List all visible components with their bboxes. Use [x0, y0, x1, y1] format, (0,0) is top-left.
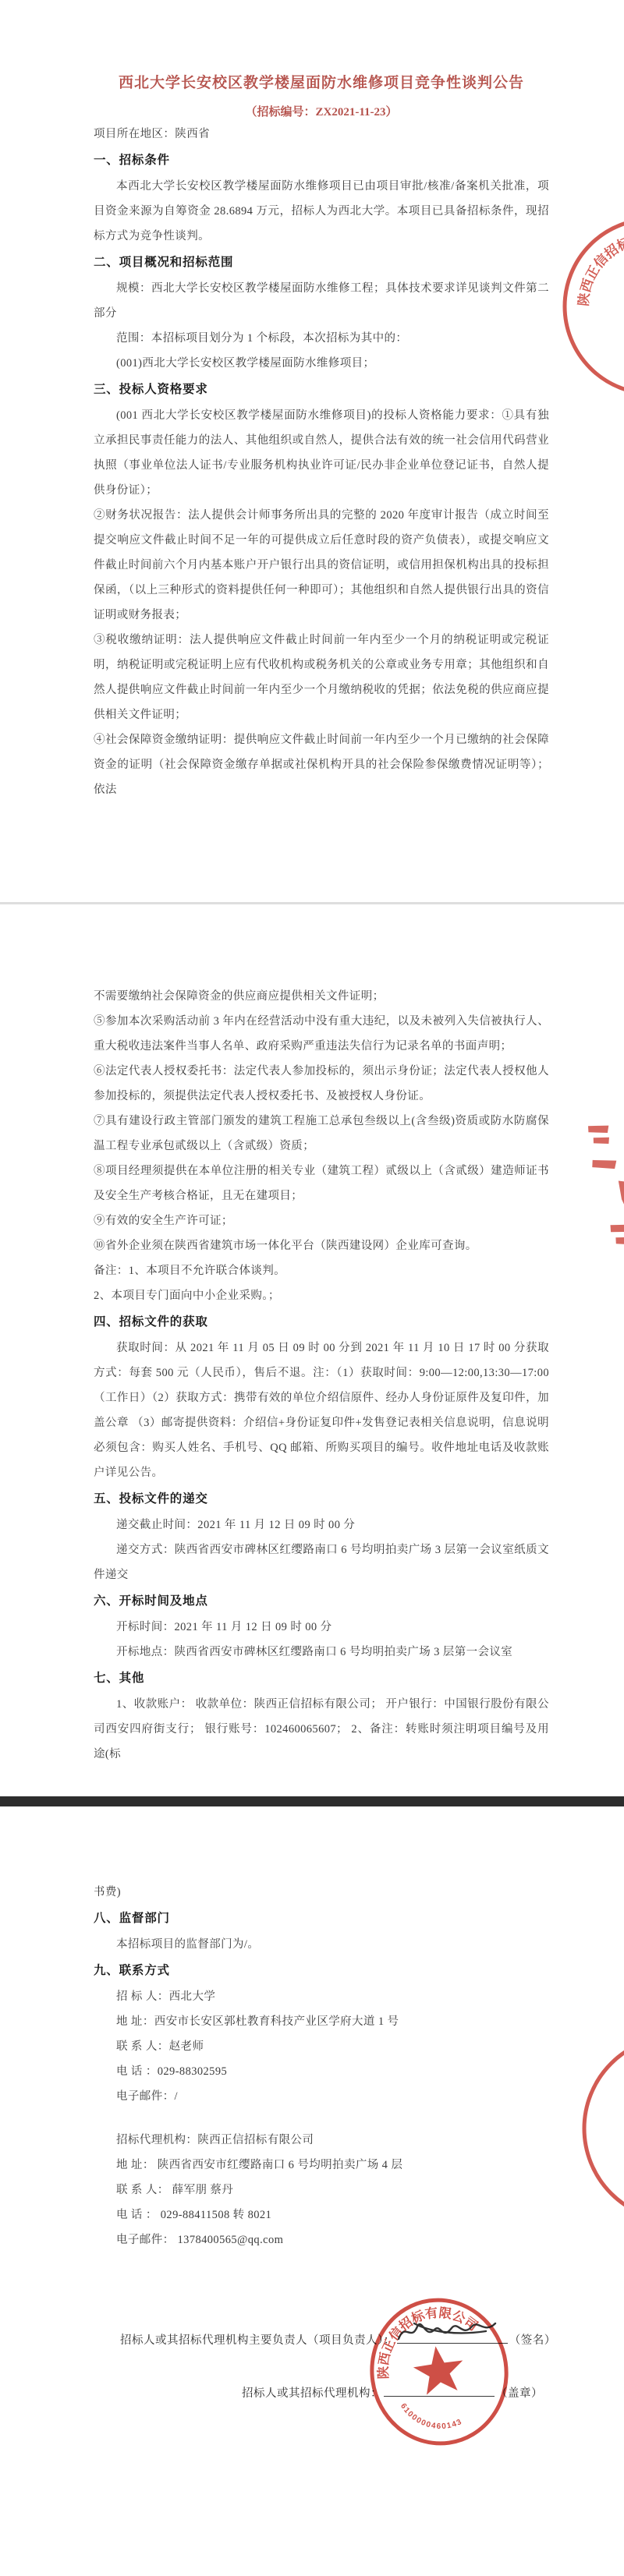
- section-heading: 二、项目概况和招标范围: [94, 249, 549, 276]
- paragraph: 电子邮件： 1378400565@qq.com: [94, 2227, 549, 2252]
- paragraph: 开标地点：陕西省西安市碑林区红缨路南口 6 号均明拍卖广场 3 层第一会议室: [94, 1640, 549, 1665]
- section-heading: 五、投标文件的递交: [94, 1485, 549, 1513]
- section-heading: 九、联系方式: [94, 1957, 549, 1984]
- paragraph: 电 话 ： 029-88411508 转 8021: [94, 2203, 549, 2227]
- doc-title: 西北大学长安校区教学楼屋面防水维修项目竞争性谈判公告: [94, 72, 549, 95]
- paragraph: ④社会保障资金缴纳证明：提供响应文件截止时间前一年内至少一个月已缴纳的社会保障资…: [94, 727, 549, 802]
- paragraph: (001 西北大学长安校区教学楼屋面防水维修项目)的投标人资格能力要求：①具有独…: [94, 403, 549, 503]
- section-heading: 三、投标人资格要求: [94, 376, 549, 403]
- paragraph: 递交截止时间：2021 年 11 月 12 日 09 时 00 分: [94, 1513, 549, 1537]
- paragraph: 书费): [94, 1880, 549, 1905]
- partial-seal-top-icon: 陕西正信招标有限公司: [546, 212, 624, 407]
- paragraph: 范围：本招标项目划分为 1 个标段，本次招标为其中的：: [94, 326, 549, 351]
- paragraph: 招标代理机构：陕西正信招标有限公司: [94, 2128, 549, 2153]
- project-region: 项目所在地区：陕西省: [94, 122, 549, 147]
- paragraph: 规模：西北大学长安校区教学楼屋面防水维修工程；具体技术要求详见谈判文件第二部分: [94, 276, 549, 326]
- signature-line1-suffix: （签名）: [509, 2334, 556, 2347]
- tender-ref-no: （招标编号：ZX2021-11-23）: [94, 103, 549, 122]
- page-3: 书费)八、监督部门本招标项目的监督部门为/。九、联系方式招 标 人：西北大学地 …: [0, 1806, 624, 2576]
- section-heading: 六、开标时间及地点: [94, 1587, 549, 1615]
- page-separator-band: [0, 1796, 624, 1806]
- paragraph: 电子邮件：/: [94, 2084, 549, 2109]
- paragraph: 1、收款账户： 收款单位：陕西正信招标有限公司； 开户银行：中国银行股份有限公司…: [94, 1692, 549, 1767]
- paragraph: ③税收缴纳证明：法人提供响应文件截止时间前一年内至少一个月的纳税证明或完税证明，…: [94, 628, 549, 727]
- paragraph: 获取时间：从 2021 年 11 月 05 日 09 时 00 分到 2021 …: [94, 1336, 549, 1485]
- paragraph: 联 系 人：赵老师: [94, 2034, 549, 2059]
- paragraph: ⑨有效的安全生产许可证；: [94, 1208, 549, 1233]
- paragraph: ⑧项目经理须提供在本单位注册的相关专业（建筑工程）贰级以上（含贰级）建造师证书及…: [94, 1159, 549, 1208]
- section-heading: 四、招标文件的获取: [94, 1308, 549, 1336]
- section-heading: 一、招标条件: [94, 147, 549, 174]
- paragraph: 招 标 人：西北大学: [94, 1984, 549, 2009]
- partial-seal-lower-icon: 陕西正信招标有限公司: [573, 2029, 624, 2228]
- svg-text:6100000460143: 6100000460143: [398, 2394, 464, 2437]
- signature-line2-label: 招标人或其招标代理机构：: [242, 2387, 382, 2400]
- seal-company-text: 陕西正信招标有限公司: [576, 231, 624, 307]
- paragraph: 递交方式：陕西省西安市碑林区红缨路南口 6 号均明拍卖广场 3 层第一会议室纸质…: [94, 1537, 549, 1587]
- paragraph: ⑩省外企业须在陕西省建筑市场一体化平台（陕西建设网）企业库可查询。: [94, 1233, 549, 1258]
- paragraph: ⑦具有建设行政主管部门颁发的建筑工程施工总承包叁级以上(含叁级)资质或防水防腐保…: [94, 1109, 549, 1159]
- signature-line1-label: 招标人或其招标代理机构主要负责人（项目负责人）：: [120, 2334, 395, 2347]
- scanned-tender-announcement: 西北大学长安校区教学楼屋面防水维修项目竞争性谈判公告（招标编号：ZX2021-1…: [0, 0, 624, 2576]
- paragraph: 备注：1、本项目不允许联合体谈判。: [94, 1258, 549, 1283]
- paragraph: (001)西北大学长安校区教学楼屋面防水维修项目；: [94, 351, 549, 376]
- paragraph: ⑥法定代表人授权委托书：法定代表人参加投标的，须出示身份证；法定代表人授权他人参…: [94, 1059, 549, 1109]
- paragraph: 开标时间：2021 年 11 月 12 日 09 时 00 分: [94, 1615, 549, 1640]
- section-heading: 八、监督部门: [94, 1905, 549, 1932]
- paragraph: 2、本项目专门面向中小企业采购。；: [94, 1283, 549, 1308]
- seal-number-text: 6100000460143: [398, 2394, 464, 2437]
- paragraph: 本西北大学长安校区教学楼屋面防水维修项目已由项目审批/核准/备案机关批准，项目资…: [94, 174, 549, 249]
- paragraph: ②财务状况报告：法人提供会计师事务所出具的完整的 2020 年度审计报告（成立时…: [94, 503, 549, 628]
- section-heading: 七、其他: [94, 1665, 549, 1692]
- paragraph: 不需要缴纳社会保障资金的供应商应提供相关文件证明；: [94, 984, 549, 1009]
- partial-seal-mid-icon: [583, 1113, 624, 1258]
- paragraph: ⑤参加本次采购活动前 3 年内在经营活动中没有重大违纪，以及未被列入失信被执行人…: [94, 1009, 549, 1059]
- paragraph: 联 系 人： 薛军朋 蔡丹: [94, 2178, 549, 2203]
- svg-text:陕西正信招标有限公司: 陕西正信招标有限公司: [576, 231, 624, 307]
- spacer: [94, 2109, 549, 2128]
- paragraph: 本招标项目的监督部门为/。: [94, 1932, 549, 1957]
- page-1: 西北大学长安校区教学楼屋面防水维修项目竞争性谈判公告（招标编号：ZX2021-1…: [0, 0, 624, 902]
- signature-scribble: [394, 2316, 503, 2351]
- paragraph: 电 话 ：029-88302595: [94, 2059, 549, 2084]
- paragraph: 地 址： 陕西省西安市红缨路南口 6 号均明拍卖广场 4 层: [94, 2153, 549, 2178]
- page-2: 不需要缴纳社会保障资金的供应商应提供相关文件证明；⑤参加本次采购活动前 3 年内…: [0, 904, 624, 1796]
- paragraph: 地 址：西安市长安区郭杜教育科技产业区学府大道 1 号: [94, 2009, 549, 2034]
